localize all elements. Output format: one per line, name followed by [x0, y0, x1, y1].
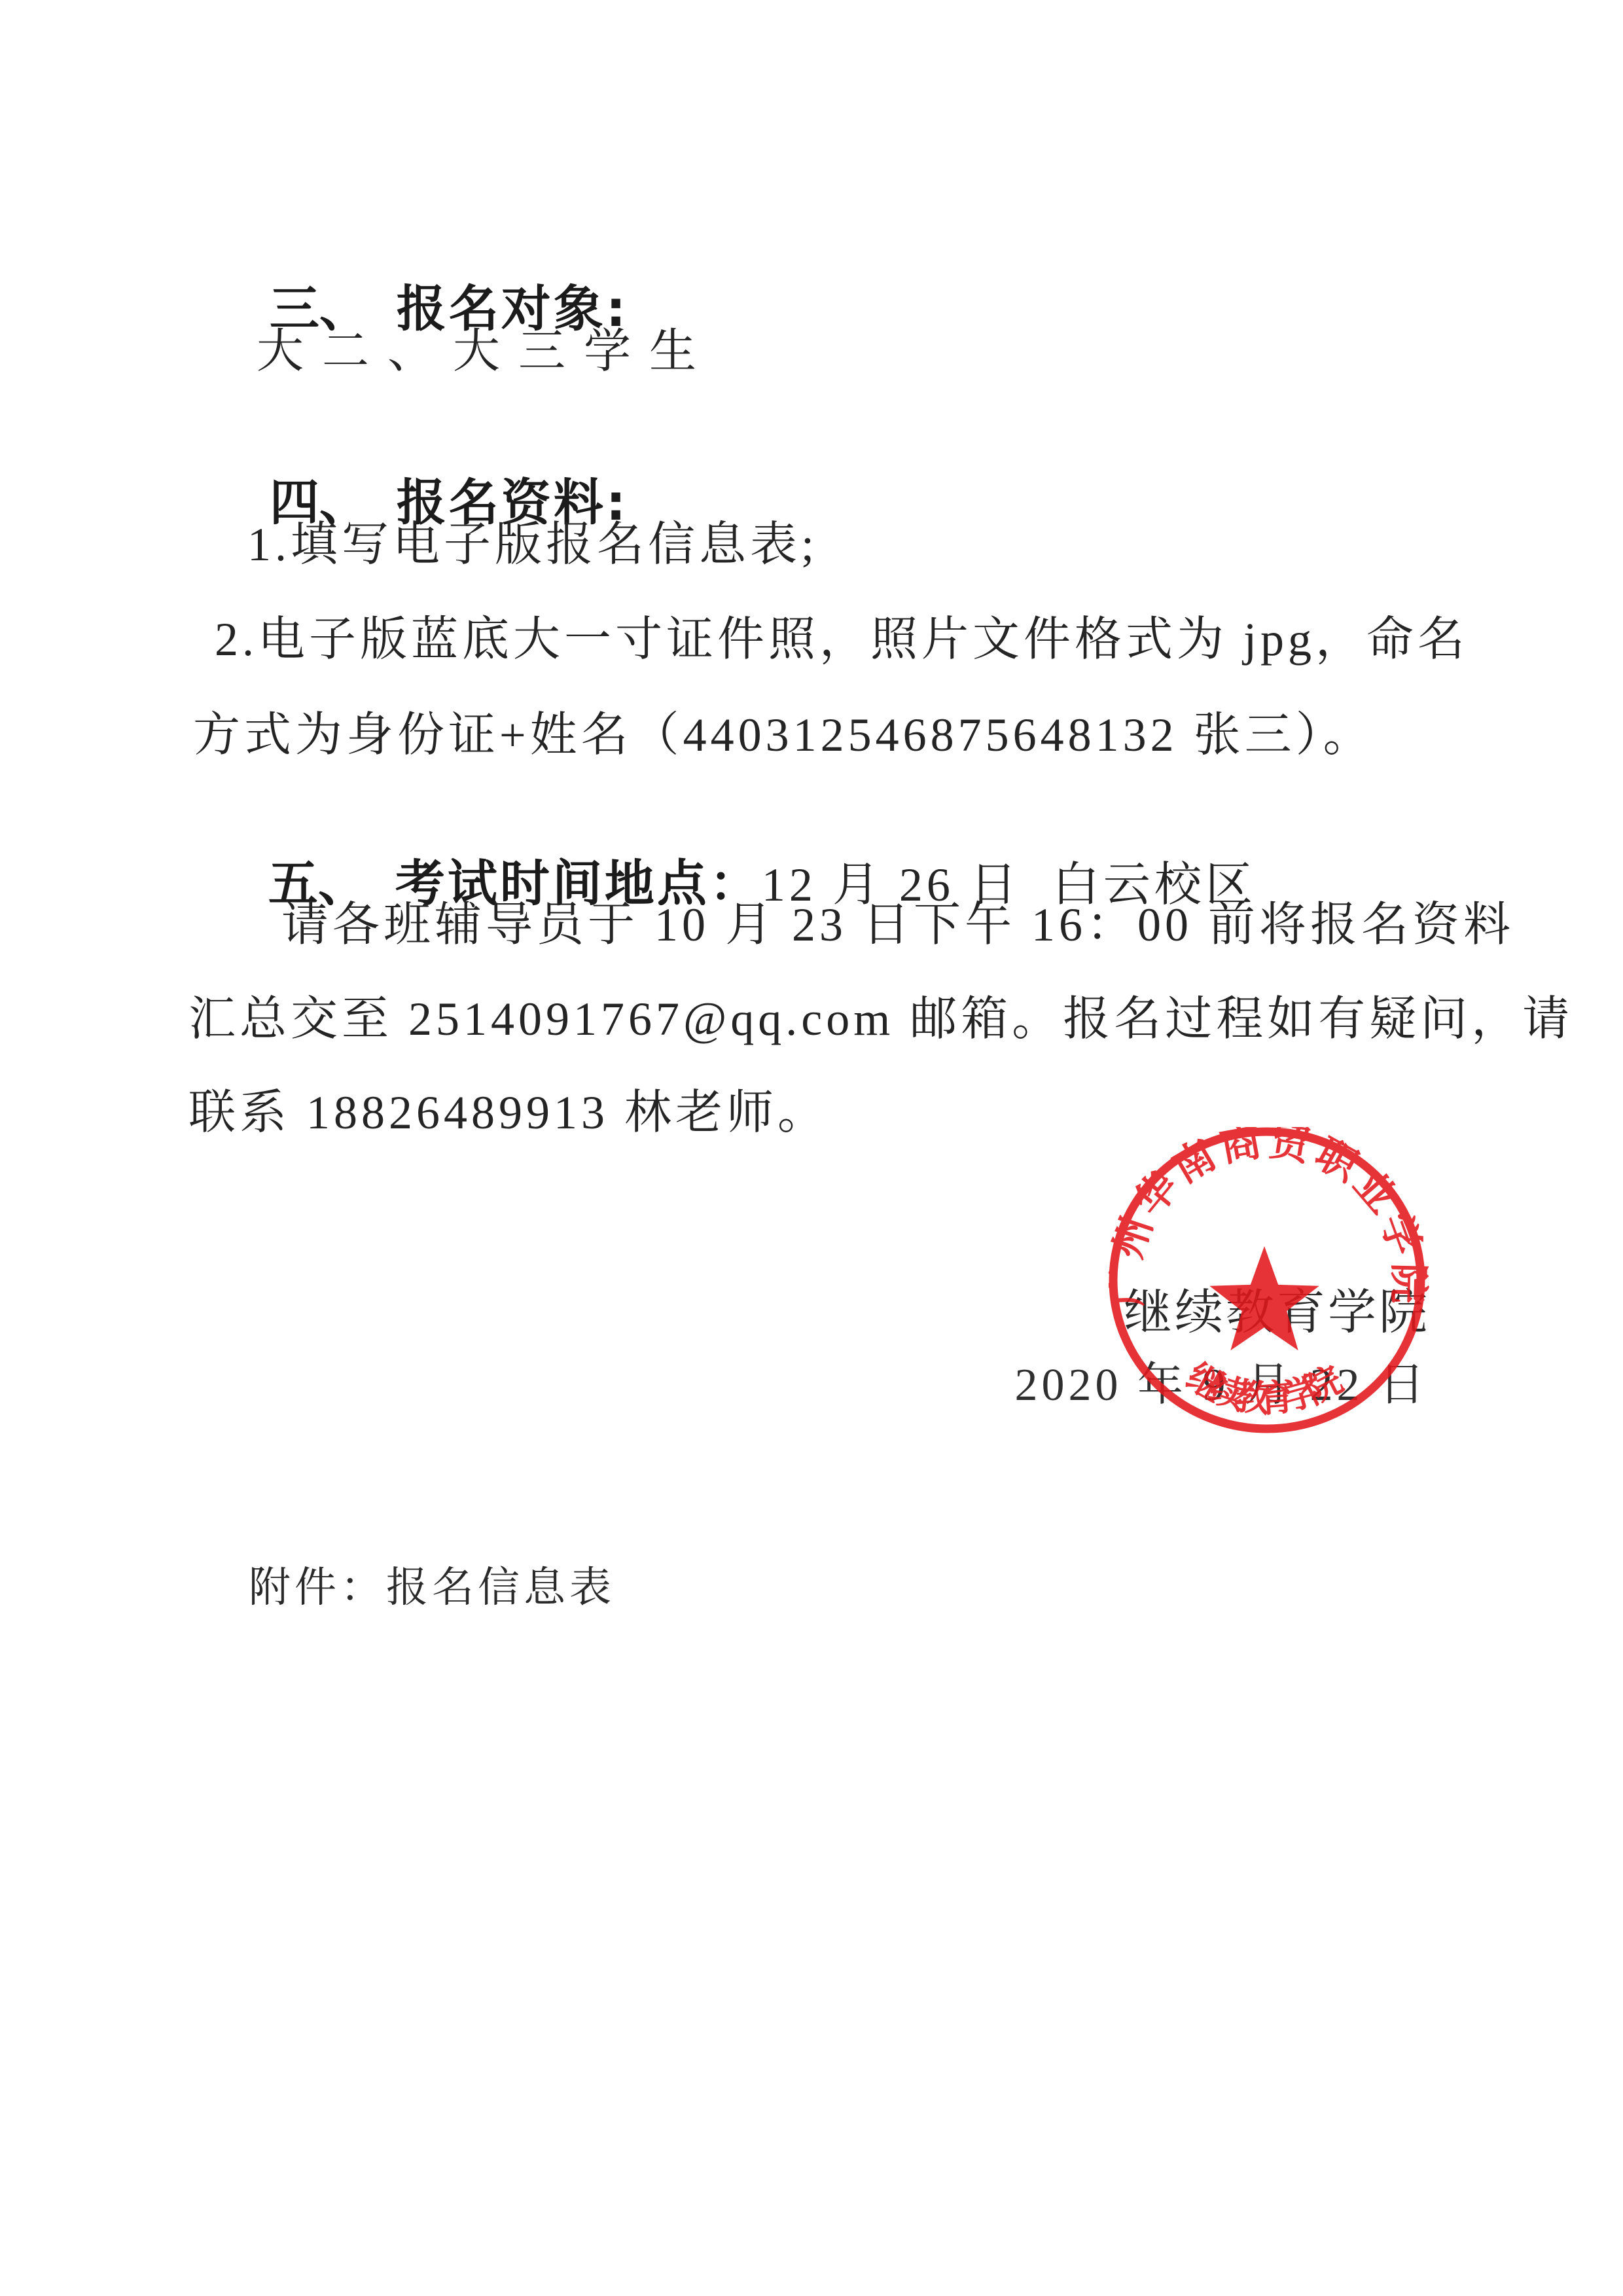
- seal-bottom-text-wrap: 继续教育学院: [1179, 1357, 1349, 1421]
- document-page: 三、报名对象: 大二、大三学生 四、报名资料: 1.填写电子版报名信息表; 2.…: [0, 0, 1623, 2296]
- body-line-para1: 请各班辅导员于 10 月 23 日下午 16：00 前将报名资料: [281, 901, 1514, 950]
- body-line-para3: 联系 18826489913 林老师。: [188, 1088, 829, 1138]
- seal-bottom-text: 继续教育学院: [1179, 1357, 1349, 1421]
- body-line-targets: 大二、大三学生: [257, 327, 715, 377]
- star-icon: [1209, 1246, 1319, 1350]
- body-line-item2: 2.电子版蓝底大一寸证件照，照片文件格式为 jpg，命名: [215, 615, 1469, 665]
- attachment-label: 附件：报名信息表: [249, 1566, 615, 1609]
- body-line-item1: 1.填写电子版报名信息表;: [247, 520, 818, 570]
- body-line-para2: 汇总交至 2514091767@qq.com 邮箱。报名过程如有疑问，请: [188, 995, 1573, 1045]
- body-line-item2-cont: 方式为身份证+姓名（440312546875648132 张三）。: [193, 711, 1374, 761]
- official-seal: 广州华南商贸职业学院 继续教育学院: [1109, 1127, 1431, 1440]
